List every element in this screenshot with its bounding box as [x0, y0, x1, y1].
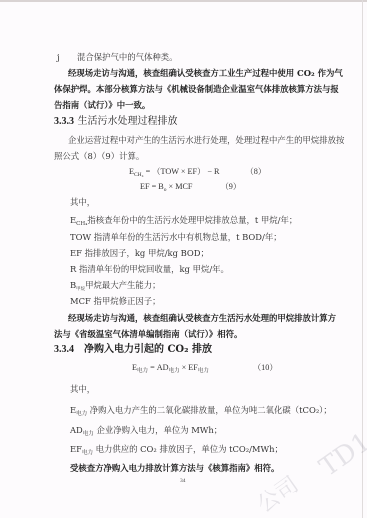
watermark: 公司 — [250, 468, 304, 518]
section-number: 3.3.4 — [54, 344, 74, 355]
page-number: 34 — [180, 478, 186, 484]
section-number: 3.3.3 — [54, 116, 74, 127]
equation-number: （10） — [253, 363, 278, 373]
formula-10: E电力 = AD电力 × EF电力 （10） — [132, 363, 278, 373]
formula-8: ECH₄ = （TOW × EF） − R （8） — [129, 167, 266, 177]
definition-item: MCF 指甲烷修正因子； — [70, 296, 160, 306]
section-title: 生活污水处理过程排放 — [77, 116, 177, 127]
equation-number: （8） — [246, 167, 266, 177]
list-marker: j — [57, 52, 60, 62]
watermark: TD1 — [314, 427, 367, 483]
paragraph-line: 告指南（试行）》中一致。 — [54, 100, 150, 110]
where-label: 其中， — [70, 197, 95, 207]
definition-item: ECH₄指核查年份中的生活污水处理甲烷排放总量，t 甲烷/年； — [70, 215, 297, 225]
section-title: 净购入电力引起的 CO₂ 排放 — [84, 344, 212, 355]
definition-item: AD电力 企业净购入电力，单位为 MWh； — [70, 425, 222, 435]
definition-item: EF电力 电力供应的 CO₂ 排放因子，单位为 tCO₂/MWh； — [70, 444, 283, 454]
section-heading-3-3-4: 3.3.4 净购入电力引起的 CO₂ 排放 — [54, 344, 212, 356]
where-label: 其中， — [70, 384, 95, 394]
paragraph-line: 经现场走访与沟通，核查组确认受核查方工业生产过程中使用 CO₂ 作为气 — [68, 68, 343, 78]
list-item-text: 混合保护气中的气体种类。 — [77, 52, 178, 62]
definition-item: EF 指排放因子，kg 甲烷/kg BOD； — [70, 248, 209, 258]
equation-number: （9） — [221, 182, 241, 192]
definition-item: B甲烷甲烷最大产生能力； — [70, 280, 161, 290]
paragraph-line: 体保护焊。本部分核算方法与《机械设备制造企业温室气体排放核算方法与报 — [54, 84, 339, 94]
definition-item: R 指清单年份的甲烷回收量，kg 甲烷/年。 — [70, 264, 229, 274]
paragraph-line: 照公式（8）（9）计算。 — [54, 151, 144, 161]
paragraph-line: 企业运营过程中对产生的生活污水进行处理，处理过程中产生的甲烷排放按 — [68, 135, 344, 145]
document-page: j 混合保护气中的气体种类。 经现场走访与沟通，核查组确认受核查方工业生产过程中… — [0, 0, 367, 518]
formula-9: EF = Bo × MCF （9） — [140, 182, 241, 192]
paragraph-line: 经现场走访与沟通，核查组确认受核查方生活污水处理的甲烷排放计算方 — [68, 313, 336, 323]
definition-item: E电力 净购入电力产生的二氧化碳排放量，单位为吨二氧化碳（tCO₂）； — [70, 405, 332, 415]
paragraph-line: 法与《省级温室气体清单编制指南（试行）》相符。 — [54, 329, 242, 339]
list-item-j: j 混合保护气中的气体种类。 — [57, 52, 177, 62]
section-heading-3-3-3: 3.3.3 生活污水处理过程排放 — [54, 116, 177, 128]
paragraph-line: 受核查方净购入电力排放计算方法与《核算指南》相符。 — [70, 463, 279, 473]
definition-item: TOW 指清单年份的生活污水中有机物总量，t BOD/年； — [70, 232, 282, 242]
